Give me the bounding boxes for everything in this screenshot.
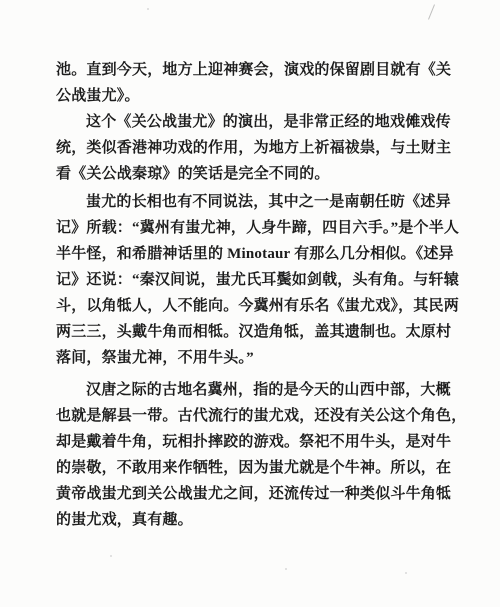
- text-line-17: 黄帝战蚩尤到关公战蚩尤之间，还流传过一种类似斗牛角牴: [56, 481, 450, 507]
- text-line-18: 的蚩尤戏，真有趣。: [56, 507, 450, 533]
- text-line-1: 池。直到今天，地方上迎神赛会，演戏的保留剧目就有《关: [56, 57, 450, 83]
- text-line-13: 汉唐之际的古地名冀州，指的是今天的山西中部，大概: [56, 377, 450, 403]
- scanned-book-page: { "page": { "lines": [ "池。直到今天，地方上迎神赛会，演…: [0, 0, 500, 607]
- text-block: 池。直到今天，地方上迎神赛会，演戏的保留剧目就有《关 公战蚩尤》。 这个《关公战…: [56, 57, 450, 533]
- text-line-9: 记》还说：“秦汉间说，蚩尤氏耳鬓如剑戟，头有角。与轩辕: [56, 267, 450, 293]
- text-line-10: 斗，以角牴人，人不能向。今冀州有乐名《蚩尤戏》，其民两: [56, 293, 450, 319]
- text-line-4: 统，类似香港神功戏的作用，为地方上祈福祓祟，与土财主: [56, 135, 450, 161]
- text-line-15: 却是戴着牛角，玩相扑摔跤的游戏。祭祀不用牛头，是对牛: [56, 429, 450, 455]
- scan-noise-speck: [147, 8, 149, 10]
- text-line-16: 的崇敬，不敢用来作牺牲，因为蚩尤就是个牛神。所以，在: [56, 455, 450, 481]
- scan-noise-speck: [110, 555, 112, 557]
- text-line-6: 蚩尤的长相也有不同说法，其中之一是南朝任昉《述异: [56, 189, 450, 215]
- text-line-7: 记》所载：“冀州有蚩尤神，人身牛蹄，四目六手。”是个半人: [56, 215, 450, 241]
- text-line-11: 两三三，头戴牛角而相牴。汉造角牴，盖其遗制也。太原村: [56, 319, 450, 345]
- scan-noise-speck: [285, 568, 287, 570]
- scan-noise-speck: [405, 572, 407, 574]
- text-line-3: 这个《关公战蚩尤》的演出，是非常正经的地戏傩戏传: [56, 109, 450, 135]
- text-line-14: 也就是解县一带。古代流行的蚩尤戏，还没有关公这个角色，: [56, 403, 450, 429]
- text-line-5: 看《关公战秦琼》的笑话是完全不同的。: [56, 161, 450, 187]
- scan-artifact-mark: [428, 4, 435, 19]
- text-line-8: 半牛怪，和希腊神话里的 Minotaur 有那么几分相似。《述异: [56, 241, 450, 267]
- text-line-12: 落间，祭蚩尤神，不用牛头。”: [56, 345, 450, 371]
- text-line-2: 公战蚩尤》。: [56, 83, 450, 109]
